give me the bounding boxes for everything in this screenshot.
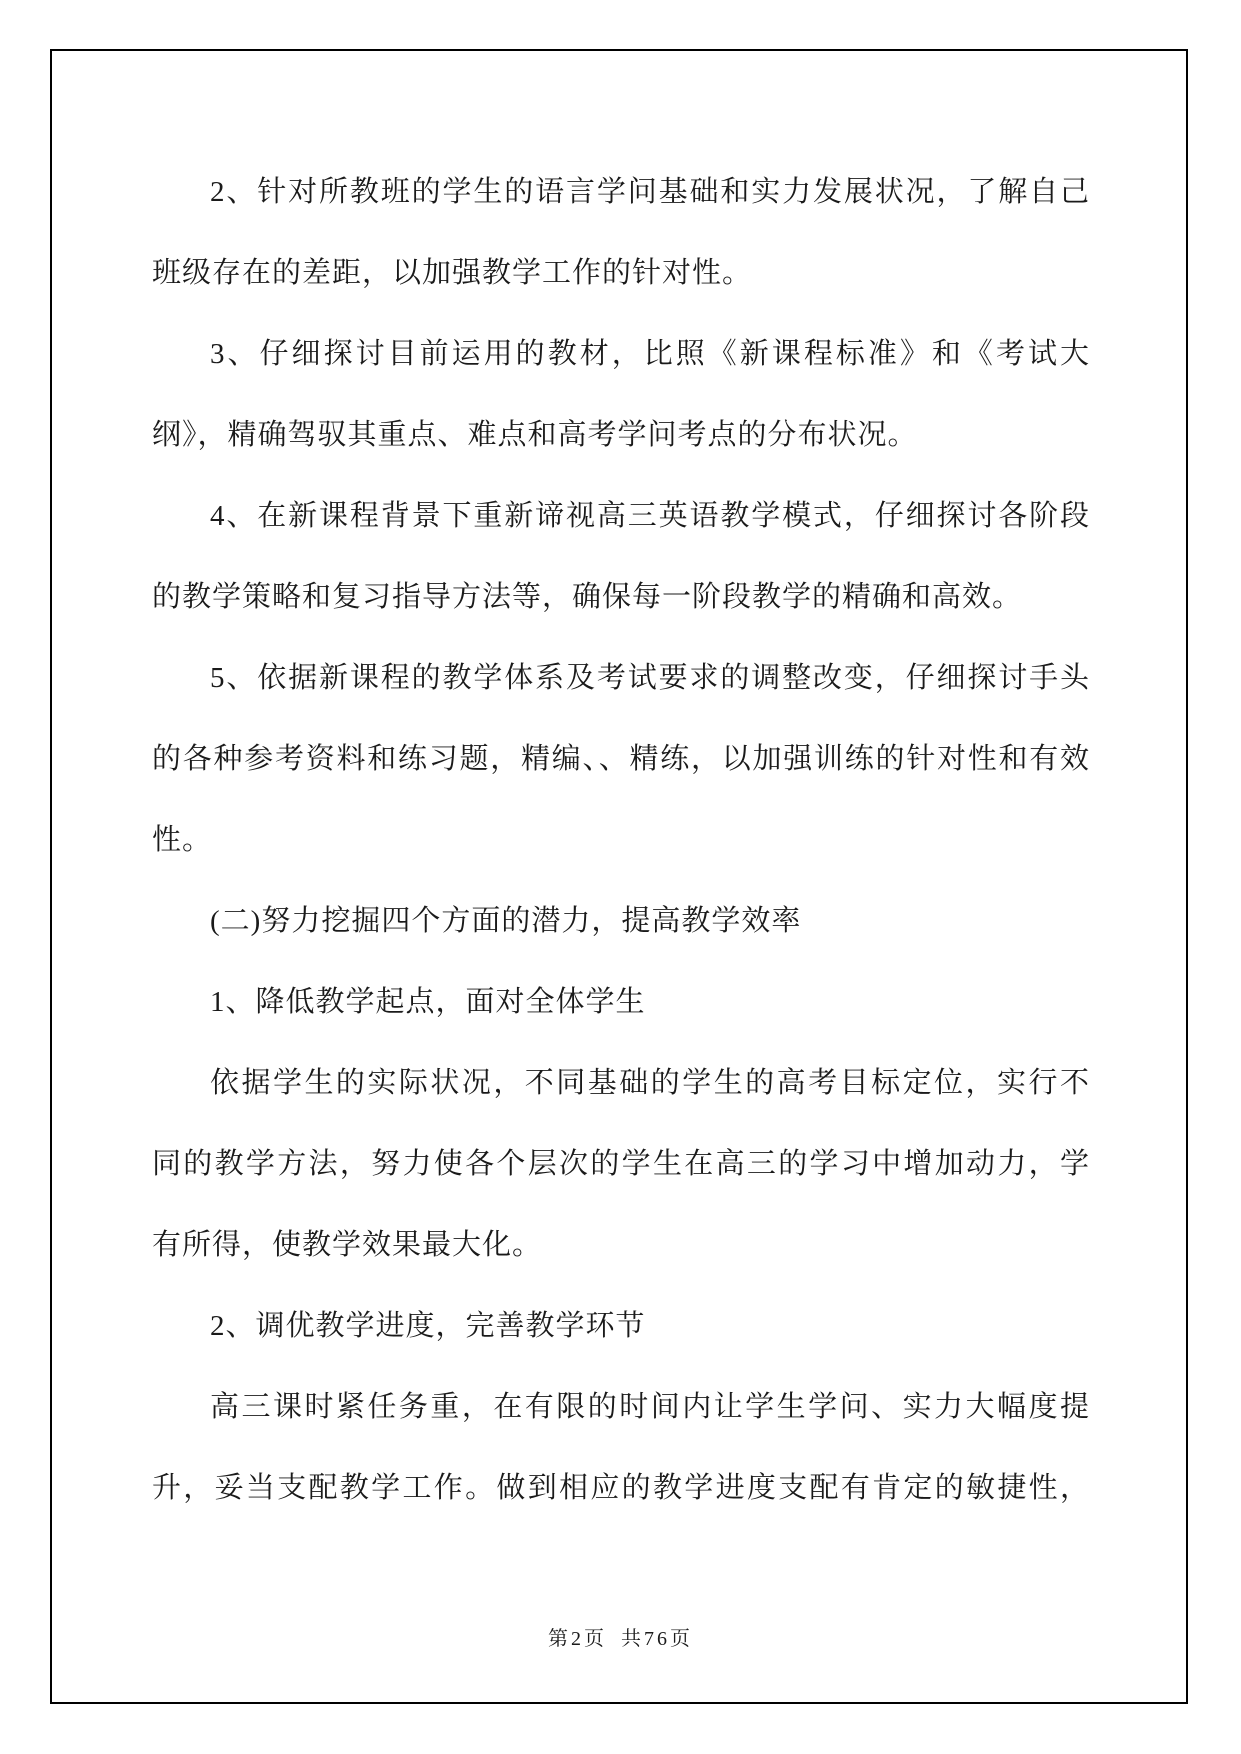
text-line: 的教学策略和复习指导方法等，确保每一阶段教学的精确和高效。: [152, 557, 1090, 638]
text-line: 2、针对所教班的学生的语言学问基础和实力发展状况，了解自己: [152, 152, 1090, 233]
footer-page-total: 共76页: [621, 1628, 693, 1650]
text-line: 性。: [152, 800, 1090, 881]
text-line: 4、在新课程背景下重新谛视高三英语教学模式，仔细探讨各阶段: [152, 476, 1090, 557]
text-line: 高三课时紧任务重，在有限的时间内让学生学问、实力大幅度提: [152, 1367, 1090, 1448]
paragraph: (二)努力挖掘四个方面的潜力，提高教学效率: [152, 881, 1090, 962]
text-line: (二)努力挖掘四个方面的潜力，提高教学效率: [152, 881, 1090, 962]
text-line: 2、调优教学进度，完善教学环节: [152, 1286, 1090, 1367]
text-line: 升，妥当支配教学工作。做到相应的教学进度支配有肯定的敏捷性，: [152, 1448, 1090, 1529]
paragraph: 4、在新课程背景下重新谛视高三英语教学模式，仔细探讨各阶段的教学策略和复习指导方…: [152, 476, 1090, 638]
page-footer: 第2页共76页: [0, 1622, 1241, 1651]
document-body: 2、针对所教班的学生的语言学问基础和实力发展状况，了解自己班级存在的差距，以加强…: [152, 152, 1090, 1529]
text-line: 1、降低教学起点，面对全体学生: [152, 962, 1090, 1043]
paragraph: 依据学生的实际状况，不同基础的学生的高考目标定位，实行不同的教学方法，努力使各个…: [152, 1043, 1090, 1286]
text-line: 有所得，使教学效果最大化。: [152, 1205, 1090, 1286]
text-line: 班级存在的差距，以加强教学工作的针对性。: [152, 233, 1090, 314]
paragraph: 高三课时紧任务重，在有限的时间内让学生学问、实力大幅度提升，妥当支配教学工作。做…: [152, 1367, 1090, 1529]
paragraph: 5、依据新课程的教学体系及考试要求的调整改变，仔细探讨手头的各种参考资料和练习题…: [152, 638, 1090, 881]
text-line: 依据学生的实际状况，不同基础的学生的高考目标定位，实行不: [152, 1043, 1090, 1124]
paragraph: 2、针对所教班的学生的语言学问基础和实力发展状况，了解自己班级存在的差距，以加强…: [152, 152, 1090, 314]
paragraph: 3、仔细探讨目前运用的教材，比照《新课程标准》和《考试大纲》，精确驾驭其重点、难…: [152, 314, 1090, 476]
text-line: 同的教学方法，努力使各个层次的学生在高三的学习中增加动力，学: [152, 1124, 1090, 1205]
text-line: 5、依据新课程的教学体系及考试要求的调整改变，仔细探讨手头: [152, 638, 1090, 719]
text-line: 的各种参考资料和练习题，精编、、精练，以加强训练的针对性和有效: [152, 719, 1090, 800]
footer-page-number: 第2页: [548, 1628, 607, 1650]
text-line: 纲》，精确驾驭其重点、难点和高考学问考点的分布状况。: [152, 395, 1090, 476]
paragraph: 2、调优教学进度，完善教学环节: [152, 1286, 1090, 1367]
text-line: 3、仔细探讨目前运用的教材，比照《新课程标准》和《考试大: [152, 314, 1090, 395]
paragraph: 1、降低教学起点，面对全体学生: [152, 962, 1090, 1043]
